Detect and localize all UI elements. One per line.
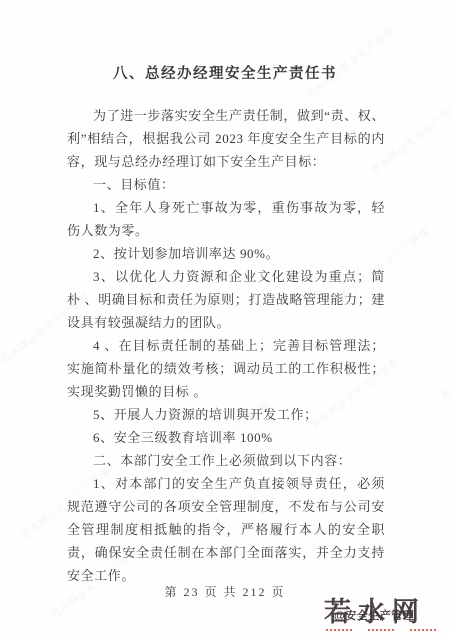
paragraph: 一、目标值： xyxy=(67,173,385,196)
paragraph: 3、以优化人力资源和企业文化建设为重点；简朴 、明确目标和责任为原则；打造战略管… xyxy=(67,265,385,334)
paragraph: 2、按计划参加培训率达 90%。 xyxy=(67,242,385,265)
document-body: 为了进一步落实安全生产责任制，做到“责、权、利”相结合，根据我公司 2023 年… xyxy=(67,104,385,587)
document-title: 八、总经办经理安全生产责任书 xyxy=(0,62,450,83)
paragraph: 5、开展人力资源的培训與开发工作； xyxy=(67,403,385,426)
diagonal-watermark: 若水网@安全生产管理 xyxy=(437,323,450,402)
paragraph: 二、本部门安全工作上必须做到以下内容： xyxy=(67,449,385,472)
paragraph: 为了进一步落实安全生产责任制，做到“责、权、利”相结合，根据我公司 2023 年… xyxy=(67,104,385,173)
paragraph: 1、全年人身死亡事故为零，重伤事故为零，轻伤人数为零。 xyxy=(67,196,385,242)
page-number-label: 第 23 页 共 212 页 xyxy=(164,585,285,599)
watermark-logo: 若水网 @安全生产管理 xyxy=(324,590,442,632)
document-page: 若水网@安全生产管理 若水网@安全生产管理 若水网@安全生产管理 若水网@安全生… xyxy=(0,0,450,636)
red-underline-marks xyxy=(326,629,436,631)
watermark-handle: @安全生产管理 xyxy=(334,607,414,623)
paragraph: 6、安全三级教育培训率 100% xyxy=(67,426,385,449)
paragraph: 4 、在目标责任制的基础上；完善目标管理法；实施简朴量化的绩效考核；调动员工的工… xyxy=(67,334,385,403)
paragraph: 1、对本部门的安全生产负直接领导责任，必须规范遵守公司的各项安全管理制度，不发布… xyxy=(67,472,385,587)
